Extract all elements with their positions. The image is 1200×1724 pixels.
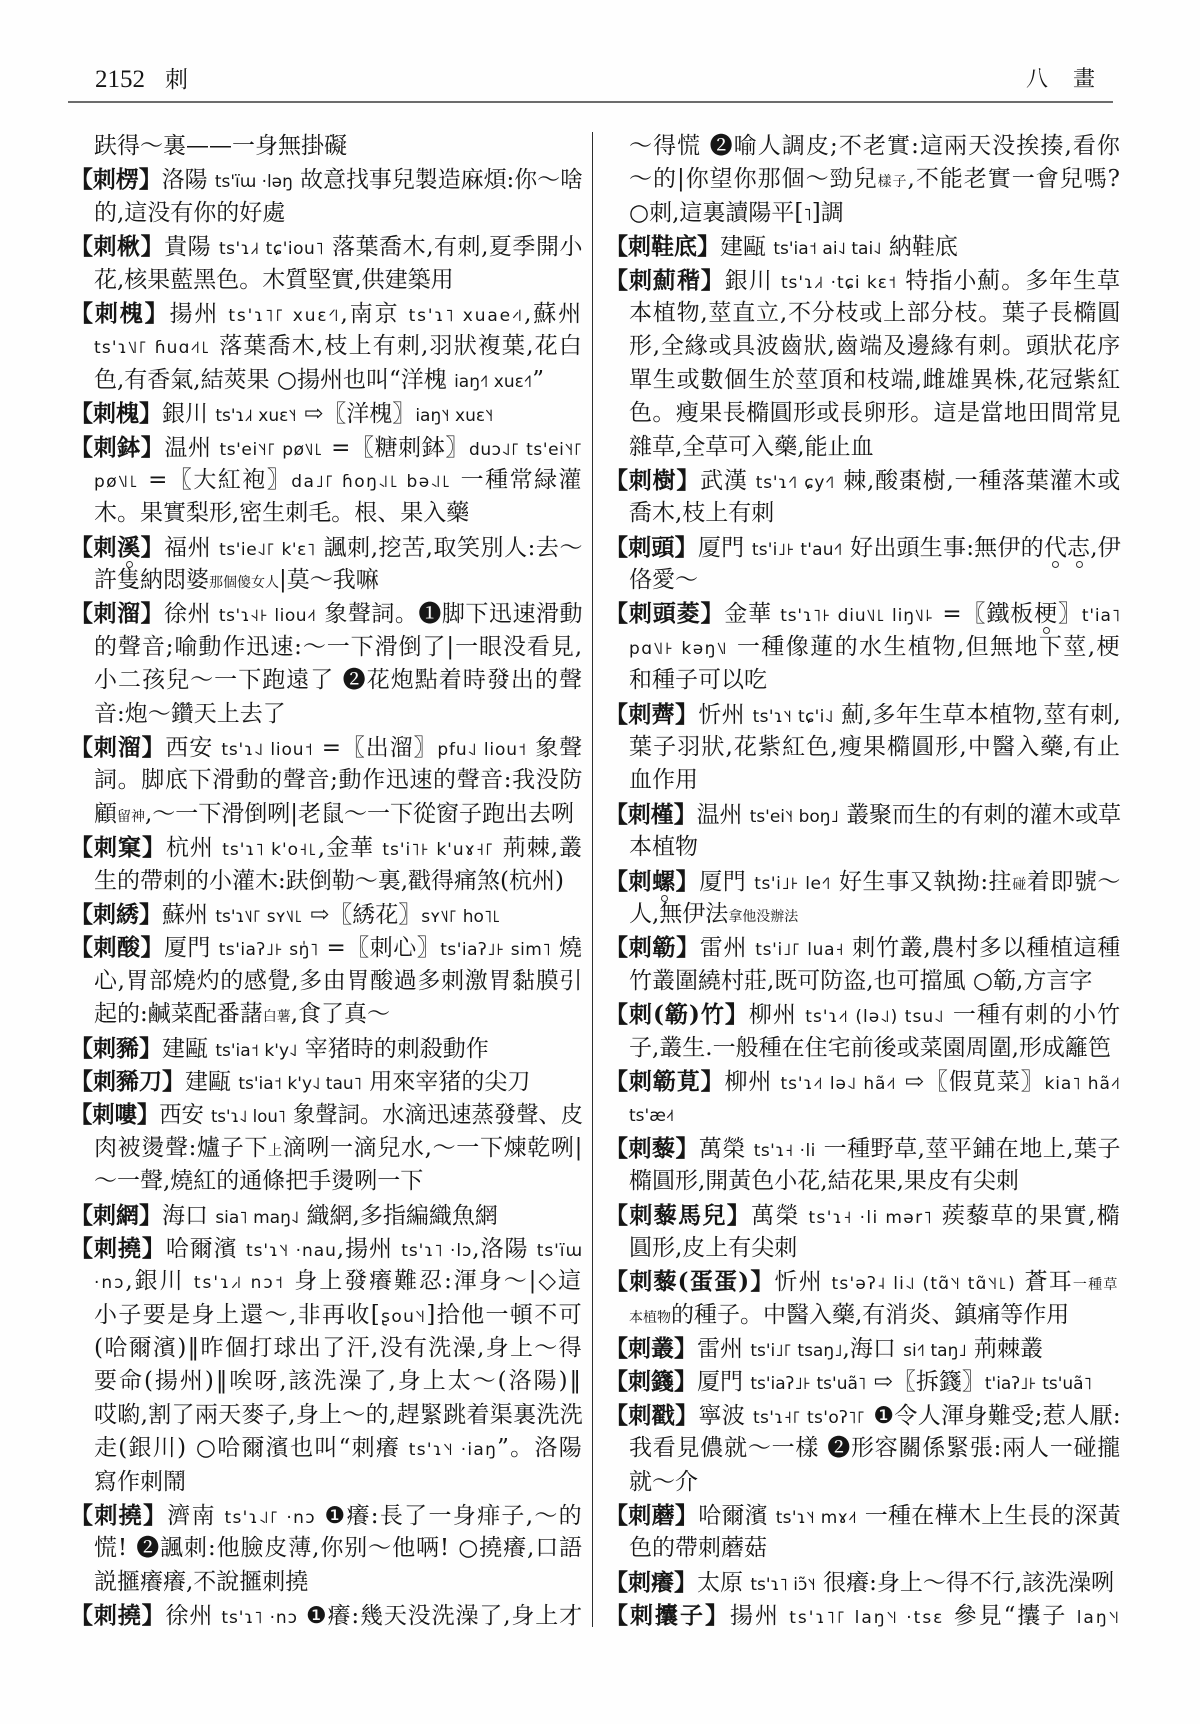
entry-headword: 】 — [141, 534, 165, 561]
entry-headword: 【刺薊稭】 — [605, 267, 725, 294]
entry-line: 單生或數個生於莖頂和枝端,雌雄異株,花冠紫紅 — [605, 364, 1121, 397]
text-run: 萬榮 — [699, 1136, 754, 1162]
line-content: 【刺頭菱】金華 ts'ɿ˥꜔ diu˥˩꜖ liŋ˥˩꜕ =〖鐵板梗〗t'ia˥ — [605, 597, 1121, 633]
dictionary-entry: 【刺蘑】哈爾濱 ts'ɿ˥˧ mɤ˨˦ 一種在樺木上生長的深黃色的帶刺蘑菇 — [605, 1499, 1121, 1566]
entry-line: 本植物 — [605, 831, 1121, 864]
text-run: 滴咧一滴兒水,～一下煉乾咧| — [283, 1135, 583, 1161]
dictionary-entry: 【刺薺】忻州 ts'ɿ˥˧ tɕ'i˨˩ 薊,多年生草本植物,莖有刺,葉子羽狀,… — [605, 698, 1121, 798]
entry-headword: 】 — [676, 868, 700, 895]
phonetic-transcription: sʏ˥˩꜒ ho˥꜖ — [421, 907, 500, 927]
marked-character: 螺 — [652, 868, 676, 895]
text-run: 雷州 — [700, 935, 755, 961]
entry-headword: 【刺網】 — [70, 1202, 162, 1229]
entry-line: 圓形,皮上有尖刺 — [605, 1232, 1121, 1265]
line-content: 【刺叢】雷州 ts'i˩꜒ tsaŋ˩,海口 si˧˥ taŋ˩ 荊棘叢 — [605, 1332, 1043, 1368]
line-content: pø˥˩꜖ =〖大紅袍〗da˩꜒ ɦoŋ˨˩꜖ bə˨˩꜖ 一種常緑灌 — [94, 464, 583, 499]
dictionary-entry: 趺得～裏——一身無掛礙 — [70, 130, 583, 163]
dictionary-entry: 【刺窠】杭州 ts'ɿ˥ k'o˧꜖,金華 ts'i˥꜔ k'uɤ˧꜒ 荊棘,叢… — [70, 831, 583, 898]
phonetic-transcription: ts'ie˨˩꜒ k'ɛ˥ — [219, 540, 316, 560]
text-run: 花,核果藍黑色。木質堅實,供建築用 — [94, 267, 454, 293]
dictionary-entry: 【刺豨】建甌 ts'ia˦ k'y˨˩ 宰猪時的刺殺動作 — [70, 1032, 583, 1065]
text-run: 納鞋底 — [882, 234, 958, 260]
text-run: 小二孩兒～一下跑遠了 ❷花炮點着時發出的聲 — [94, 667, 583, 693]
entry-line: 趺得～裏——一身無掛礙 — [70, 130, 583, 163]
entry-line: 【刺頭】厦門 ts'i˩꜔ t'au˧˥ 好出頭生事:無伊的代志,伊 — [605, 531, 1121, 564]
entry-line: ts'ɿ˥˩꜒ ɦuɑ˨˦꜖ 落葉喬木,枝上有刺,羽狀複葉,花白 — [70, 330, 583, 363]
phonetic-transcription: ts'ɿ˥˧ ·nau — [246, 1241, 337, 1261]
text-run: 色的帶刺蘑菇 — [629, 1535, 767, 1561]
dictionary-entry: 【刺簕】雷州 ts'i˩꜒ lua˧ 刺竹叢,農村多以種植這種竹叢圍繞村莊,既可… — [605, 931, 1121, 998]
text-run: ⇨〖假莧菜〗 — [897, 1069, 1045, 1095]
text-run: 的種子。中醫入藥,有消炎、鎮痛等作用 — [671, 1302, 1069, 1328]
phonetic-transcription: ts'æ˨˦ — [629, 1106, 674, 1126]
line-content: 【刺藜】萬榮 ts'ɿ˧ ·li 一種野草,莖平鋪在地上,葉子 — [605, 1132, 1121, 1168]
text-run: 葉子羽狀,花紫紅色,瘦果橢圓形,中醫入藥,有止 — [629, 734, 1121, 760]
line-content: 小子要是身上還～,非再收[ʂou˥˧]拾他一頓不可 — [94, 1299, 583, 1334]
entry-line: 走(銀川) ○哈爾濱也叫“刺癢 ts'ɿ˥˧ ·iaŋ”。洛陽 — [70, 1432, 583, 1465]
text-run: 徐州 — [165, 1603, 221, 1629]
phonetic-transcription: ts'iaʔ˩꜔ sim˥ — [440, 940, 551, 960]
line-content: ○刺,這裏讀陽平[˥]調 — [629, 197, 844, 232]
text-run: 圓形,皮上有尖刺 — [629, 1235, 797, 1261]
text-run: 銀川 — [162, 401, 215, 427]
line-content: 肉被燙聲:爐子下上滴咧一滴兒水,～一下煉乾咧| — [94, 1132, 583, 1168]
entry-line: 【刺撓】濟南 ts'ɿ˨˩꜒ ·nɔ ❶癢:長了一身痱子,～的 — [70, 1499, 583, 1532]
text-run: 好出頭生事:無伊的 — [843, 535, 1044, 561]
entry-line: 【刺簕】雷州 ts'i˩꜒ lua˧ 刺竹叢,農村多以種植這種 — [605, 931, 1121, 964]
text-run: 詞。脚底下滑動的聲音;動作迅速的聲音:我没防 — [94, 767, 583, 793]
text-run: 顧 — [94, 801, 117, 827]
line-content: ～的|你望你那個～勁兒樣子,不能老實一會兒嗎? — [629, 163, 1121, 199]
text-run: 子,叢生.一般種在住宅前後或菜園周圍,形成籬笆 — [629, 1035, 1111, 1061]
text-run: 金華 — [724, 601, 780, 627]
text-run: 我看見儂就～一樣 ❷形容關係緊張:兩人一碰攏 — [629, 1435, 1121, 1461]
text-run: 本植物,莖直立,不分枝或上部分枝。葉子長橢圓 — [629, 300, 1121, 326]
entry-headword: 【刺楞】 — [70, 166, 162, 193]
phonetic-transcription: kia˥ hã˨˦ — [1045, 1074, 1121, 1094]
line-content: 我看見儂就～一樣 ❷形容關係緊張:兩人一碰攏 — [629, 1432, 1121, 1465]
phonetic-transcription: ts'ɿ˥˧ ·iaŋ — [409, 1440, 497, 1460]
entry-line: 就～介 — [605, 1466, 1121, 1499]
text-run: 燒 — [551, 935, 582, 961]
entry-line: ～一聲,燒紅的通條把手燙咧一下 — [70, 1165, 583, 1198]
entry-line: 【刺藜(蛋蛋)】忻州 ts'əʔ˨ li˨˩ (tɑ̃˥˧ tɑ̃˥˧꜖) 蒼耳… — [605, 1265, 1121, 1298]
phonetic-transcription: iaŋ˥˧ xuɛ˥˧ — [415, 406, 493, 426]
line-content: 色。瘦果長橢圓形或長卵形。這是當地田間常見 — [629, 397, 1121, 430]
entry-line: 【刺薺】忻州 ts'ɿ˥˧ tɕ'i˨˩ 薊,多年生草本植物,莖有刺, — [605, 698, 1121, 731]
text-run: ,洛陽 — [472, 1236, 536, 1262]
text-run: ,～一下滑倒咧|老鼠～一下從窗子跑出去咧 — [145, 801, 574, 827]
entry-line: pɑ˥˩꜔ kəŋ˥˩ 一種像蓮的水生植物,但無地下莖,梗 — [605, 631, 1121, 664]
line-content: 【刺簕】雷州 ts'i˩꜒ lua˧ 刺竹叢,農村多以種植這種 — [605, 931, 1121, 967]
phonetic-transcription: t'iaʔ˩꜔ ts'uã˥ — [985, 1374, 1092, 1394]
text-run: 好生事又執拗:拄 — [831, 869, 1012, 895]
text-run: 濟南 — [167, 1503, 224, 1529]
dictionary-entry: 【刺(簕)竹】柳州 ts'ɿ˨˦ (lə˨˩) tsu˨˩ 一種有刺的小竹子,叢… — [605, 998, 1121, 1065]
running-head-character: 刺 — [165, 66, 188, 94]
entry-headword: 【刺豨刀】 — [70, 1068, 185, 1095]
entry-headword: 【刺頭菱】 — [605, 600, 724, 627]
text-run: ,蘇州 — [524, 301, 583, 327]
entry-line: 【刺溜】徐州 ts'ɿ˧˨꜔ liou˨˦ 象聲詞。❶脚下迅速滑動 — [70, 597, 583, 630]
phonetic-transcription: pɑ˥˩꜔ kəŋ˥˩ — [629, 639, 728, 659]
line-content: 【刺籛】厦門 ts'iaʔ˩꜔ ts'uã˥ ⇨〖拆籛〗t'iaʔ˩꜔ ts'u… — [605, 1365, 1092, 1401]
text-run: 哈爾濱 — [166, 1236, 246, 1262]
text-run: 的,這没有你的好處 — [94, 200, 285, 226]
entry-line: ～的|你望你那個～勁兒樣子,不能老實一會兒嗎? — [605, 163, 1121, 196]
text-run: 厦門 — [698, 535, 752, 561]
entry-line: 和種子可以吃 — [605, 664, 1121, 697]
dictionary-entry: ～得慌 ❷喻人調皮;不老實:這兩天没挨揍,看你～的|你望你那個～勁兒樣子,不能老… — [605, 130, 1121, 230]
entry-line: 詞。脚底下滑動的聲音;動作迅速的聲音:我没防 — [70, 764, 583, 797]
text-run: ]拾他一頓不可 — [426, 1302, 583, 1328]
entry-line: 橢圓形,開黃色小花,結花果,果皮有尖刺 — [605, 1165, 1121, 1198]
text-run: 荊棘,叢 — [494, 835, 583, 861]
entry-line: 【刺(簕)竹】柳州 ts'ɿ˨˦ (lə˨˩) tsu˨˩ 一種有刺的小竹 — [605, 998, 1121, 1031]
dictionary-entry: 【刺槐】揚州 ts'ɿ˥꜒ xuɛ˧˥,南京 ts'ɿ˥ xuae˨˦,蘇州ts… — [70, 297, 583, 397]
line-content: 【刺網】海口 sia˥ maŋ˨˩ 織網,多指編織魚網 — [70, 1199, 498, 1235]
entry-headword: 【刺蘑】 — [605, 1502, 698, 1529]
text-run: 雜草,全草可入藥,能止血 — [629, 434, 874, 460]
line-content: 【刺撓】哈爾濱 ts'ɿ˥˧ ·nau,揚州 ts'ɿ˥ ·lɔ,洛陽 ts'ï… — [70, 1232, 583, 1268]
line-content: 【刺嘍】西安 ts'ɿ˨˩ lou˥ 象聲詞。水滴迅速蒸發聲、皮 — [70, 1098, 583, 1134]
line-content: 子,叢生.一般種在住宅前後或菜園周圍,形成籬笆 — [629, 1032, 1111, 1065]
text-run: 故意找事兒製造麻煩:你～啥 — [293, 167, 583, 193]
text-run: 心,胃部燒灼的感覺,多由胃酸過多刺激胃黏膜引 — [94, 968, 583, 994]
entry-line: 的,這没有你的好處 — [70, 197, 583, 230]
entry-headword: 【刺藜】 — [605, 1135, 699, 1162]
phonetic-transcription: ts'ia˦ k'y˨˩ — [215, 1041, 297, 1061]
entry-line: 【刺戳】寧波 ts'ɿ˧꜒ ts'oʔ˥꜒ ❶令人渾身難受;惹人厭: — [605, 1399, 1121, 1432]
dictionary-entry: 【刺藜馬兒】萬榮 ts'ɿ˧ ·li mər˥ 蒺藜草的果實,橢圓形,皮上有尖刺 — [605, 1199, 1121, 1266]
entry-line: 【刺酸】厦門 ts'iaʔ˩꜔ sŋ̍˥ =〖刺心〗ts'iaʔ˩꜔ sim˥ … — [70, 931, 583, 964]
phonetic-transcription: ts'ɿ˥꜒ laŋ˥˧ ·tsɛ — [789, 1608, 944, 1628]
text-run: 忻州 — [775, 1269, 832, 1295]
text-run: ,海口 — [843, 1336, 904, 1362]
line-content: 心,胃部燒灼的感覺,多由胃酸過多刺激胃黏膜引 — [94, 965, 583, 998]
gloss-note: 一種草 — [1073, 1277, 1119, 1293]
line-content: 【刺蘑】哈爾濱 ts'ɿ˥˧ mɤ˨˦ 一種在樺木上生長的深黃 — [605, 1499, 1121, 1535]
dictionary-page: 2152 刺 八畫 趺得～裏——一身無掛礙【刺楞】洛陽 ts'ïɯ ·ləŋ 故… — [0, 0, 1200, 1724]
line-content: 就～介 — [629, 1466, 698, 1499]
line-content: 的聲音;喻動作迅速:～一下滑倒了|一眼没看見, — [94, 631, 583, 664]
phonetic-transcription: ˥ — [803, 205, 811, 225]
line-content: 走(銀川) ○哈爾濱也叫“刺癢 ts'ɿ˥˧ ·iaŋ”。洛陽 — [94, 1432, 583, 1467]
entry-line: ○刺,這裏讀陽平[˥]調 — [605, 197, 1121, 230]
entry-headword: 【刺酸】 — [70, 934, 164, 961]
text-run: 洛陽 — [162, 167, 215, 193]
entry-line: 【刺槿】温州 ts'ei˥˧ boŋ˩ 叢聚而生的有刺的灌木或草 — [605, 798, 1121, 831]
text-run: 蘇州 — [162, 902, 215, 928]
phonetic-transcription: ts'ɿ˨˦ lə˨˩ hã˨˦ — [781, 1074, 897, 1094]
phonetic-transcription: ts'iaʔ˩꜔ sŋ̍˥ — [219, 940, 319, 960]
text-run: ,銀川 — [125, 1268, 193, 1294]
entry-line: 生的帶刺的小灌木:趺倒勒～裏,戳得痛煞(杭州) — [70, 865, 583, 898]
text-run: 的聲音;喻動作迅速:～一下滑倒了|一眼没看見, — [94, 634, 583, 660]
text-run: 就～介 — [629, 1469, 698, 1495]
phonetic-transcription: ts'ei˥˧ boŋ˩ — [750, 807, 839, 827]
dictionary-entry: 【刺螺】厦門 ts'i˩꜔ le˧˥ 好生事又執拗:拄碰着即號～人,無伊法拿他没… — [605, 865, 1121, 932]
text-run: 建甌 — [185, 1069, 238, 1095]
text-run: 徐州 — [164, 601, 219, 627]
phonetic-transcription: ts'ɿ˥ ·nɔ — [221, 1608, 297, 1628]
phonetic-transcription: ts'ɿ˧ ·li — [754, 1141, 816, 1161]
text-run: |莫～我嘛 — [279, 567, 379, 593]
text-run: ～得慌 ❷喻人調皮;不老實:這兩天没挨揍,看你 — [629, 133, 1121, 159]
phonetic-transcription: ts'ïɯ ·ləŋ — [215, 172, 293, 192]
text-run: 忻州 — [698, 702, 752, 728]
line-content: ts'ɿ˥˩꜒ ɦuɑ˨˦꜖ 落葉喬木,枝上有刺,羽狀複葉,花白 — [94, 330, 583, 365]
line-content: 【刺綉】蘇州 ts'ɿ˥˩꜒ sʏ˥˩꜖ ⇨〖綉花〗sʏ˥˩꜒ ho˥꜖ — [70, 898, 501, 934]
dictionary-entry: 【刺撓】濟南 ts'ɿ˨˩꜒ ·nɔ ❶癢:長了一身痱子,～的慌! ❷諷刺:他臉… — [70, 1499, 583, 1599]
text-run: 福州 — [164, 535, 219, 561]
text-run: 西安 — [165, 735, 221, 761]
line-content: 本植物的種子。中醫入藥,有消炎、鎮痛等作用 — [629, 1299, 1069, 1335]
text-run: 形,全緣或具波齒狀,齒端及邊緣有刺。頭狀花序 — [629, 333, 1121, 359]
text-run: 佫愛～ — [629, 567, 698, 593]
gloss-note: 上 — [268, 1143, 283, 1159]
dictionary-entry: 【刺癢】太原 ts'ɿ˥ iɔ̃˥˧ 很癢:身上～得不行,該洗澡咧 — [605, 1566, 1121, 1599]
text-run: ,金華 — [318, 835, 383, 861]
text-run: 木。果實梨形,密生刺毛。根、果入藥 — [94, 500, 469, 526]
line-content: ～得慌 ❷喻人調皮;不老實:這兩天没挨揍,看你 — [629, 130, 1121, 163]
gloss-note: 那個傻女人 — [209, 575, 279, 591]
line-content: 血作用 — [629, 764, 698, 797]
entry-line: 心,胃部燒灼的感覺,多由胃酸過多刺激胃黏膜引 — [70, 965, 583, 998]
line-content: 【刺豨】建甌 ts'ia˦ k'y˨˩ 宰猪時的刺殺動作 — [70, 1032, 489, 1068]
line-content: 説擓癢癢,不說擓刺撓 — [94, 1566, 308, 1599]
phonetic-transcription: ts'ɿ˩˧ nɔ˦ — [194, 1273, 285, 1293]
line-content: 本植物 — [629, 831, 698, 864]
phonetic-transcription: ts'ɿ˥ iɔ̃˥˧ — [750, 1575, 815, 1595]
text-run: 慌! ❷諷刺:他臉皮薄,你别～他唡! ○撓癢,口語 — [94, 1535, 583, 1561]
line-content: 喬木,枝上有刺 — [629, 497, 774, 530]
entry-line: 我看見儂就～一樣 ❷形容關係緊張:兩人一碰攏 — [605, 1432, 1121, 1465]
text-run: 很癢:身上～得不行,該洗澡咧 — [816, 1570, 1114, 1596]
entry-headword: 【刺 — [70, 534, 117, 561]
line-content: 色,有香氣,結莢果 ○揚州也叫“洋槐 iaŋ˧˥ xuɛ˧˥” — [94, 364, 544, 399]
entry-line: 【刺鉢】温州 ts'ei˥˧꜒ pø˥˩꜖ =〖糖刺鉢〗duɔ˨˩꜒ ts'ei… — [70, 431, 583, 464]
line-content: 【刺簕莧】柳州 ts'ɿ˨˦ lə˨˩ hã˨˦ ⇨〖假莧菜〗kia˥ hã˨˦ — [605, 1065, 1121, 1101]
entry-headword: 【刺樹】 — [605, 467, 700, 494]
line-content: 【刺槐】銀川 ts'ɿ˩˧ xuɛ˥˧ ⇨〖洋槐〗iaŋ˥˧ xuɛ˥˧ — [70, 397, 493, 433]
entry-headword: 【刺頭】 — [605, 534, 698, 561]
line-content: 和種子可以吃 — [629, 664, 767, 697]
text-run: 象聲詞。水滴迅速蒸發聲、皮 — [286, 1102, 583, 1128]
line-content: 【刺槐】揚州 ts'ɿ˥꜒ xuɛ˧˥,南京 ts'ɿ˥ xuae˨˦,蘇州 — [70, 297, 583, 333]
line-content: 【刺撓】濟南 ts'ɿ˨˩꜒ ·nɔ ❶癢:長了一身痱子,～的 — [70, 1499, 583, 1535]
text-run: 柳州 — [725, 1069, 781, 1095]
entry-line: 【刺槐】揚州 ts'ɿ˥꜒ xuɛ˧˥,南京 ts'ɿ˥ xuae˨˦,蘇州 — [70, 297, 583, 330]
text-run: 蒼耳 — [1016, 1269, 1073, 1295]
text-run: 落葉喬木,枝上有刺,羽狀複葉,花白 — [211, 333, 583, 359]
text-run: 一種像蓮的水生植物,但無地下莖,梗 — [728, 634, 1121, 660]
dictionary-entry: 【刺豨刀】建甌 ts'ia˦ k'y˨˩ tau˥ 用來宰猪的尖刀 — [70, 1065, 583, 1098]
text-run: 人,無伊法 — [629, 901, 728, 927]
line-content: 【刺樹】武漢 ts'ɿ˧˥ ɕy˧˥ 棘,酸棗樹,一種落葉灌木或 — [605, 464, 1121, 500]
line-content: 哎喲,割了兩天麥子,身上～的,趕緊跳着渠裏洗洗 — [94, 1399, 583, 1432]
entry-line: 哎喲,割了兩天麥子,身上～的,趕緊跳着渠裏洗洗 — [70, 1399, 583, 1432]
dictionary-entry: 【刺溜】西安 ts'ɿ˨˩ liou˦ =〖出溜〗pfu˨˩ liou˦ 象聲詞… — [70, 731, 583, 831]
phonetic-transcription: ts'ia˦ k'y˨˩ tau˥ — [238, 1074, 362, 1094]
text-run: =〖鐵板 — [934, 601, 1034, 627]
marked-character: 梗 — [1034, 601, 1058, 627]
entry-line: 【刺籛】厦門 ts'iaʔ˩꜔ ts'uã˥ ⇨〖拆籛〗t'iaʔ˩꜔ ts'u… — [605, 1365, 1121, 1398]
dictionary-entry: 【刺楞】洛陽 ts'ïɯ ·ləŋ 故意找事兒製造麻煩:你～啥的,這没有你的好處 — [70, 163, 583, 230]
marked-character: 代 — [1044, 535, 1067, 561]
text-run: ,食了真～ — [291, 1001, 390, 1027]
text-run: 一種野草,莖平鋪在地上,葉子 — [816, 1136, 1121, 1162]
dictionary-entry: 【刺叢】雷州 ts'i˩꜒ tsaŋ˩,海口 si˧˥ taŋ˩ 荊棘叢 — [605, 1332, 1121, 1365]
entry-line: 【刺蘑】哈爾濱 ts'ɿ˥˧ mɤ˨˦ 一種在樺木上生長的深黃 — [605, 1499, 1121, 1532]
entry-line: 形,全緣或具波齒狀,齒端及邊緣有刺。頭狀花序 — [605, 330, 1121, 363]
text-run: 西安 — [159, 1102, 211, 1128]
line-content: 木。果實梨形,密生刺毛。根、果入藥 — [94, 497, 469, 530]
line-content: 佫愛～ — [629, 564, 698, 597]
text-run: 趺得～裏——一身無掛礙 — [94, 133, 347, 159]
line-content: pɑ˥˩꜔ kəŋ˥˩ 一種像蓮的水生植物,但無地下莖,梗 — [629, 631, 1121, 666]
text-run: 柳州 — [749, 1002, 805, 1028]
phonetic-transcription: ts'ɿ˩˧ xuɛ˥˧ — [215, 406, 296, 426]
dictionary-entry: 【刺撓】徐州 ts'ɿ˥ ·nɔ ❶癢:幾天没洗澡了,身上才 — [70, 1599, 583, 1632]
phonetic-transcription: ts'ɿ˩˧ ·tɕi kɛ˦ — [781, 273, 897, 293]
dictionary-entry: 【刺嘍】西安 ts'ɿ˨˩ lou˥ 象聲詞。水滴迅速蒸發聲、皮肉被燙聲:爐子下… — [70, 1098, 583, 1198]
line-content: 【刺癢】太原 ts'ɿ˥ iɔ̃˥˧ 很癢:身上～得不行,該洗澡咧 — [605, 1566, 1114, 1602]
text-run: 厦門 — [697, 1369, 750, 1395]
phonetic-transcription: ʂou˥˧ — [381, 1307, 426, 1327]
text-run: ,伊 — [1090, 535, 1121, 561]
entry-headword: 【刺鞋底】 — [605, 233, 720, 260]
text-run: 刺竹叢,農村多以種植這種 — [844, 935, 1121, 961]
text-run: 厦門 — [164, 935, 219, 961]
text-run: 音:炮～鑽天上去了 — [94, 701, 286, 727]
line-content: 【刺藜馬兒】萬榮 ts'ɿ˧ ·li mər˥ 蒺藜草的果實,橢 — [605, 1199, 1121, 1235]
line-content: 雜草,全草可入藥,能止血 — [629, 431, 874, 464]
phonetic-transcription: ts'ɿ˥꜒ xuɛ˧˥ — [228, 306, 340, 326]
phonetic-transcription: t'ia˥ — [1082, 606, 1121, 626]
text-run: 厦門 — [699, 869, 754, 895]
entry-line: 葉子羽狀,花紫紅色,瘦果橢圓形,中醫入藥,有止 — [605, 731, 1121, 764]
entry-line: ·nɔ,銀川 ts'ɿ˩˧ nɔ˦ 身上發癢難忍:渾身～|◇這 — [70, 1265, 583, 1298]
phonetic-transcription: ts'ɿ˩˧ tɕ'iou˥ — [219, 239, 324, 259]
line-content: 趺得～裏——一身無掛礙 — [94, 130, 347, 163]
entry-line: 本植物,莖直立,不分枝或上部分枝。葉子長橢圓 — [605, 297, 1121, 330]
dictionary-entry: 【刺溜】徐州 ts'ɿ˧˨꜔ liou˨˦ 象聲詞。❶脚下迅速滑動的聲音;喻動作… — [70, 597, 583, 731]
phonetic-transcription: ts'i˥꜔ k'uɤ˧꜒ — [382, 840, 494, 860]
text-run: 宰猪時的刺殺動作 — [297, 1036, 488, 1062]
phonetic-transcription: iaŋ˧˥ xuɛ˧˥ — [454, 372, 532, 392]
text-run: 肉被燙聲:爐子下 — [94, 1135, 268, 1161]
entry-line: 【刺溪】福州 ts'ie˨˩꜒ k'ɛ˥ 諷刺,挖苦,取笑別人:去～ — [70, 531, 583, 564]
dictionary-entry: 【刺酸】厦門 ts'iaʔ˩꜔ sŋ̍˥ =〖刺心〗ts'iaʔ˩꜔ sim˥ … — [70, 931, 583, 1031]
entry-headword: 【刺簕莧】 — [605, 1068, 725, 1095]
entry-headword: 【刺槿】 — [605, 801, 697, 828]
line-content: 橢圓形,開黃色小花,結花果,果皮有尖刺 — [629, 1165, 1019, 1198]
entry-line: 【刺樹】武漢 ts'ɿ˧˥ ɕy˧˥ 棘,酸棗樹,一種落葉灌木或 — [605, 464, 1121, 497]
entry-line: 寫作刺鬧 — [70, 1466, 583, 1499]
text-run: 一種常緑灌 — [452, 467, 583, 493]
dictionary-entry: 【刺槐】銀川 ts'ɿ˩˧ xuɛ˥˧ ⇨〖洋槐〗iaŋ˥˧ xuɛ˥˧ — [70, 397, 583, 430]
text-run: 參見“攮子 — [944, 1603, 1076, 1629]
entry-line: 色,有香氣,結莢果 ○揚州也叫“洋槐 iaŋ˧˥ xuɛ˧˥” — [70, 364, 583, 397]
entry-line: ts'æ˨˦ — [605, 1098, 1121, 1131]
entry-line: 説擓癢癢,不說擓刺撓 — [70, 1566, 583, 1599]
text-run: 雷州 — [697, 1336, 750, 1362]
text-run: 竹叢圍繞村莊,既可防盗,也可擋風 ○簕,方言字 — [629, 968, 1092, 994]
entry-line: 花,核果藍黑色。木質堅實,供建築用 — [70, 264, 583, 297]
text-run: 單生或數個生於莖頂和枝端,雌雄異株,花冠紫紅 — [629, 367, 1121, 393]
line-content: 人,無伊法拿他没辦法 — [629, 898, 798, 934]
entry-line: 肉被燙聲:爐子下上滴咧一滴兒水,～一下煉乾咧| — [70, 1132, 583, 1165]
text-run: 着即號～ — [1027, 869, 1121, 895]
line-content: 本植物,莖直立,不分枝或上部分枝。葉子長橢圓 — [629, 297, 1121, 330]
text-run: 荊棘叢 — [967, 1336, 1043, 1362]
header-rule — [68, 101, 1113, 103]
line-content: 生的帶刺的小灌木:趺倒勒～裏,戳得痛煞(杭州) — [94, 865, 564, 898]
text-run: 説擓癢癢,不說擓刺撓 — [94, 1569, 308, 1595]
phonetic-transcription: ts'ɿ˥꜔ diu˥˩꜖ liŋ˥˩꜕ — [780, 606, 934, 626]
entry-headword: 【刺綉】 — [70, 901, 162, 928]
entry-headword: 【刺溜】 — [70, 600, 164, 627]
text-run: 小子要是身上還～,非再收[ — [94, 1302, 381, 1328]
entry-line: 【刺撓】徐州 ts'ɿ˥ ·nɔ ❶癢:幾天没洗澡了,身上才 — [70, 1599, 583, 1632]
line-content: 【刺窠】杭州 ts'ɿ˥ k'o˧꜖,金華 ts'i˥꜔ k'uɤ˧꜒ 荊棘,叢 — [70, 831, 583, 867]
entry-headword: 【刺戳】 — [605, 1402, 699, 1429]
entry-line: 起的:鹹菜配番藷白薯,食了真～ — [70, 998, 583, 1031]
text-run: 許隻納悶婆 — [94, 567, 209, 593]
text-run: 織網,多指編織魚網 — [299, 1203, 498, 1229]
entry-headword: 【刺撓】 — [70, 1502, 167, 1529]
text-run: 一種有刺的小竹 — [945, 1002, 1121, 1028]
dictionary-entry: 【刺頭】厦門 ts'i˩꜔ t'au˧˥ 好出頭生事:無伊的代志,伊佫愛～ — [605, 531, 1121, 598]
text-run: 萬榮 — [751, 1203, 808, 1229]
phonetic-transcription: ts'əʔ˨ li˨˩ (tɑ̃˥˧ tɑ̃˥˧꜖) — [832, 1274, 1016, 1294]
entry-line: 【刺頭菱】金華 ts'ɿ˥꜔ diu˥˩꜖ liŋ˥˩꜕ =〖鐵板梗〗t'ia˥ — [605, 597, 1121, 630]
entry-headword: 【刺(簕)竹】 — [605, 1001, 749, 1028]
text-run: 要命(揚州)‖唉呀,該洗澡了,身上太～(洛陽)‖ — [94, 1368, 583, 1394]
gloss-note: 拿他没辦法 — [728, 909, 798, 925]
entry-line: 【刺鞋底】建甌 ts'ia˦ ai˨˩ tai˨˩ 納鞋底 — [605, 230, 1121, 263]
text-run: 武漢 — [700, 468, 756, 494]
phonetic-transcription: pfu˨˩ liou˦ — [437, 740, 527, 760]
entry-line: 【刺攮子】揚州 ts'ɿ˥꜒ laŋ˥˧ ·tsɛ 參見“攮子 laŋ˥˧ — [605, 1599, 1121, 1632]
text-run: ⇨〖拆籛〗 — [866, 1369, 985, 1395]
dictionary-entry: 【刺簕莧】柳州 ts'ɿ˨˦ lə˨˩ hã˨˦ ⇨〖假莧菜〗kia˥ hã˨˦… — [605, 1065, 1121, 1132]
entry-line: 【刺藜】萬榮 ts'ɿ˧ ·li 一種野草,莖平鋪在地上,葉子 — [605, 1132, 1121, 1165]
text-run: 象聲詞。❶脚下迅速滑動 — [317, 601, 583, 627]
gloss-note: 碰 — [1012, 877, 1027, 893]
phonetic-transcription: ts'ɿ˨˩ lou˥ — [211, 1107, 286, 1127]
line-content: 【刺(簕)竹】柳州 ts'ɿ˨˦ (lə˨˩) tsu˨˩ 一種有刺的小竹 — [605, 998, 1121, 1034]
entry-line: (哈爾濱)‖昨個打球出了汗,没有洗澡,身上～得 — [70, 1332, 583, 1365]
dictionary-entry: 【刺網】海口 sia˥ maŋ˨˩ 織網,多指編織魚網 — [70, 1199, 583, 1232]
entry-line: 本植物的種子。中醫入藥,有消炎、鎮痛等作用 — [605, 1299, 1121, 1332]
line-content: 形,全緣或具波齒狀,齒端及邊緣有刺。頭狀花序 — [629, 330, 1121, 363]
text-run: ❶癢:幾天没洗澡了,身上才 — [298, 1603, 583, 1629]
line-content: 慌! ❷諷刺:他臉皮薄,你别～他唡! ○撓癢,口語 — [94, 1532, 583, 1565]
phonetic-transcription: ts'ɿ˨˩꜒ ·nɔ — [225, 1508, 316, 1528]
text-run: ⇨〖綉花〗 — [303, 902, 422, 928]
text-run: 温州 — [697, 802, 750, 828]
entry-line: 色的帶刺蘑菇 — [605, 1532, 1121, 1565]
text-run: 起的:鹹菜配番藷 — [94, 1001, 263, 1027]
dictionary-entry: 【刺鉢】温州 ts'ei˥˧꜒ pø˥˩꜖ =〖糖刺鉢〗duɔ˨˩꜒ ts'ei… — [70, 431, 583, 531]
gloss-note: 本植物 — [629, 1310, 671, 1326]
text-run: 貴陽 — [164, 234, 219, 260]
entry-headword: 【刺薺】 — [605, 701, 698, 728]
entry-line: 【刺嘍】西安 ts'ɿ˨˩ lou˥ 象聲詞。水滴迅速蒸發聲、皮 — [70, 1098, 583, 1131]
phonetic-transcription: ts'ɿ˨˩ liou˦ — [221, 740, 313, 760]
